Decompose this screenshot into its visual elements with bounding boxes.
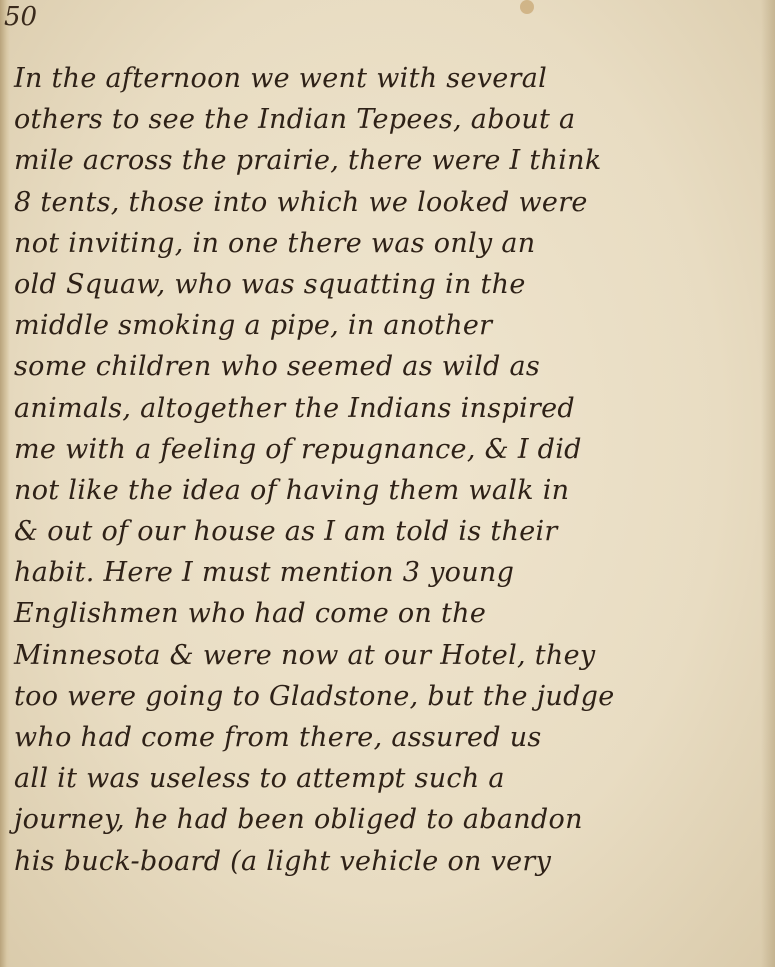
text-line: In the afternoon we went with several bbox=[14, 58, 757, 99]
text-line: some children who seemed as wild as bbox=[14, 346, 757, 387]
text-line: his buck-board (a light vehicle on very bbox=[14, 841, 757, 882]
journal-page: 50 In the afternoon we went with several… bbox=[0, 0, 775, 967]
text-line: Minnesota & were now at our Hotel, they bbox=[14, 635, 757, 676]
text-line: not inviting, in one there was only an bbox=[14, 223, 757, 264]
handwritten-text: In the afternoon we went with several ot… bbox=[14, 58, 757, 882]
text-line: animals, altogether the Indians inspired bbox=[14, 388, 757, 429]
text-line: all it was useless to attempt such a bbox=[14, 758, 757, 799]
text-line: too were going to Gladstone, but the jud… bbox=[14, 676, 757, 717]
text-line: me with a feeling of repugnance, & I did bbox=[14, 429, 757, 470]
text-line: journey, he had been obliged to abandon bbox=[14, 799, 757, 840]
paper-stain bbox=[520, 0, 534, 14]
text-line: 8 tents, those into which we looked were bbox=[14, 182, 757, 223]
text-line: others to see the Indian Tepees, about a bbox=[14, 99, 757, 140]
text-line: middle smoking a pipe, in another bbox=[14, 305, 757, 346]
text-line: who had come from there, assured us bbox=[14, 717, 757, 758]
text-line: old Squaw, who was squatting in the bbox=[14, 264, 757, 305]
page-number: 50 bbox=[4, 2, 37, 32]
text-line: Englishmen who had come on the bbox=[14, 593, 757, 634]
text-line: not like the idea of having them walk in bbox=[14, 470, 757, 511]
text-line: habit. Here I must mention 3 young bbox=[14, 552, 757, 593]
text-line: mile across the prairie, there were I th… bbox=[14, 140, 757, 181]
text-line: & out of our house as I am told is their bbox=[14, 511, 757, 552]
